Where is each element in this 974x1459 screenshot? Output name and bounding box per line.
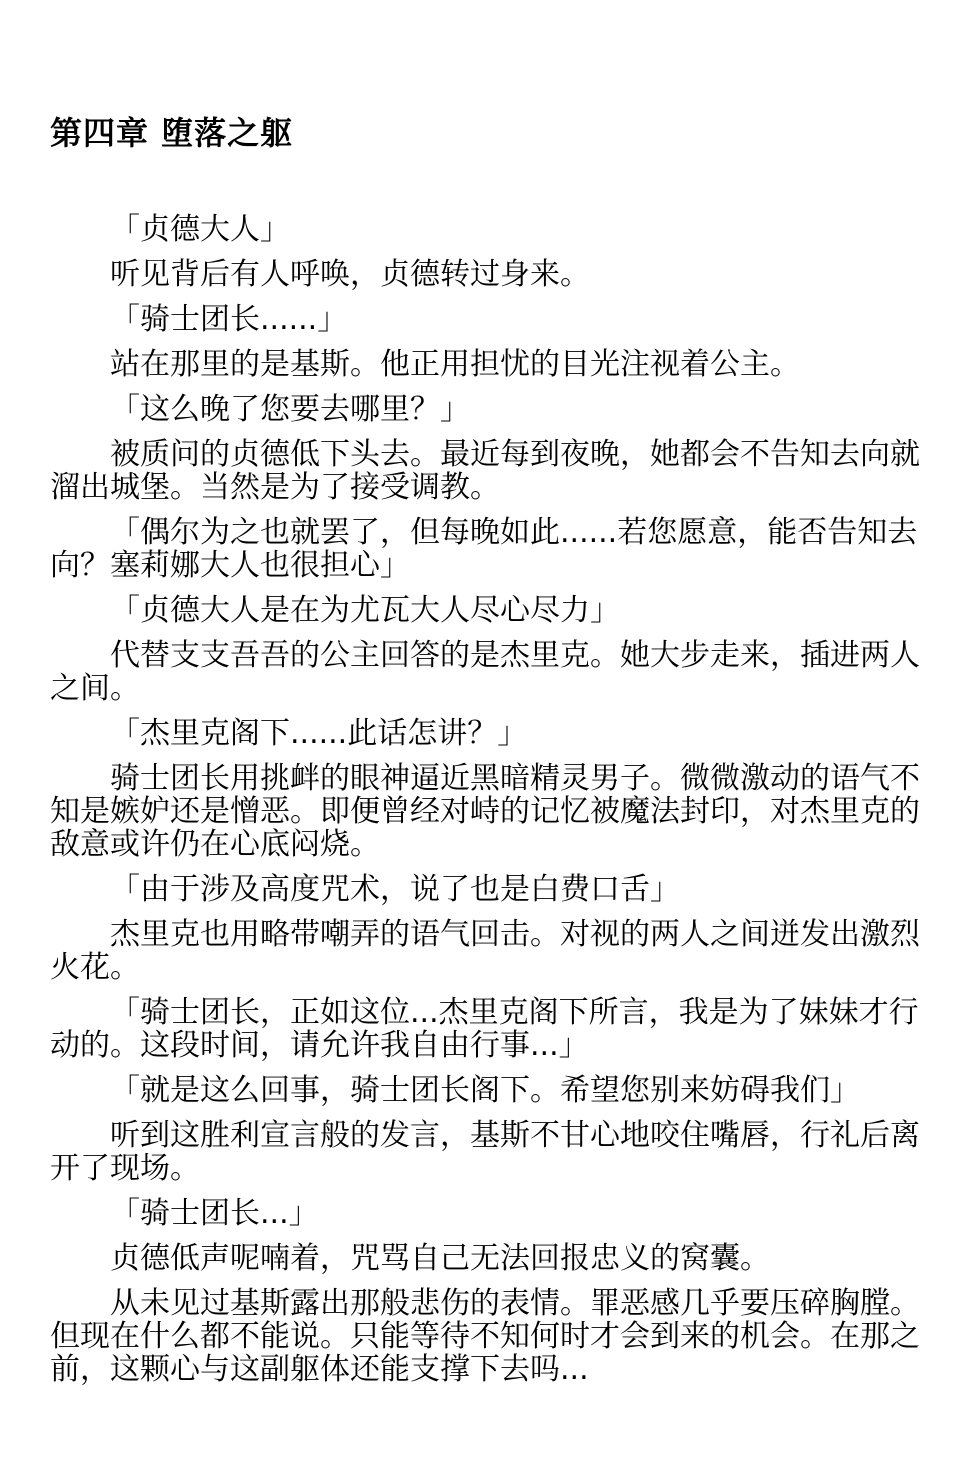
paragraph: 「贞德大人是在为尤瓦大人尽心尽力」 <box>50 594 922 627</box>
paragraph: 「就是这么回事，骑士团长阁下。希望您别来妨碍我们」 <box>50 1074 922 1107</box>
paragraph: 从未见过基斯露出那般悲伤的表情。罪恶感几乎要压碎胸膛。但现在什么都不能说。只能等… <box>50 1287 922 1386</box>
paragraph: 「偶尔为之也就罢了，但每晚如此......若您愿意，能否告知去向？塞莉娜大人也很… <box>50 516 922 582</box>
novel-page: 第四章 堕落之躯 「贞德大人」听见背后有人呼唤，贞德转过身来。「骑士团长....… <box>0 0 974 1459</box>
paragraph: 听到这胜利宣言般的发言，基斯不甘心地咬住嘴唇，行礼后离开了现场。 <box>50 1119 922 1185</box>
paragraph: 「骑士团长，正如这位...杰里克阁下所言，我是为了妹妹才行动的。这段时间，请允许… <box>50 996 922 1062</box>
paragraph: 杰里克也用略带嘲弄的语气回击。对视的两人之间迸发出激烈火花。 <box>50 918 922 984</box>
paragraph: 贞德低声呢喃着，咒骂自己无法回报忠义的窝囊。 <box>50 1242 922 1275</box>
chapter-title: 第四章 堕落之躯 <box>50 117 922 149</box>
paragraph: 「骑士团长...」 <box>50 1197 922 1230</box>
chapter-body: 「贞德大人」听见背后有人呼唤，贞德转过身来。「骑士团长......」站在那里的是… <box>50 213 922 1386</box>
paragraph: 「这么晚了您要去哪里？」 <box>50 393 922 426</box>
paragraph: 听见背后有人呼唤，贞德转过身来。 <box>50 258 922 291</box>
paragraph: 「由于涉及高度咒术，说了也是白费口舌」 <box>50 873 922 906</box>
paragraph: 「骑士团长......」 <box>50 303 922 336</box>
paragraph: 被质问的贞德低下头去。最近每到夜晚，她都会不告知去向就溜出城堡。当然是为了接受调… <box>50 438 922 504</box>
paragraph: 代替支支吾吾的公主回答的是杰里克。她大步走来，插进两人之间。 <box>50 639 922 705</box>
paragraph: 「杰里克阁下......此话怎讲？」 <box>50 717 922 750</box>
paragraph: 「贞德大人」 <box>50 213 922 246</box>
paragraph: 骑士团长用挑衅的眼神逼近黑暗精灵男子。微微激动的语气不知是嫉妒还是憎恶。即便曾经… <box>50 762 922 861</box>
paragraph: 站在那里的是基斯。他正用担忧的目光注视着公主。 <box>50 348 922 381</box>
